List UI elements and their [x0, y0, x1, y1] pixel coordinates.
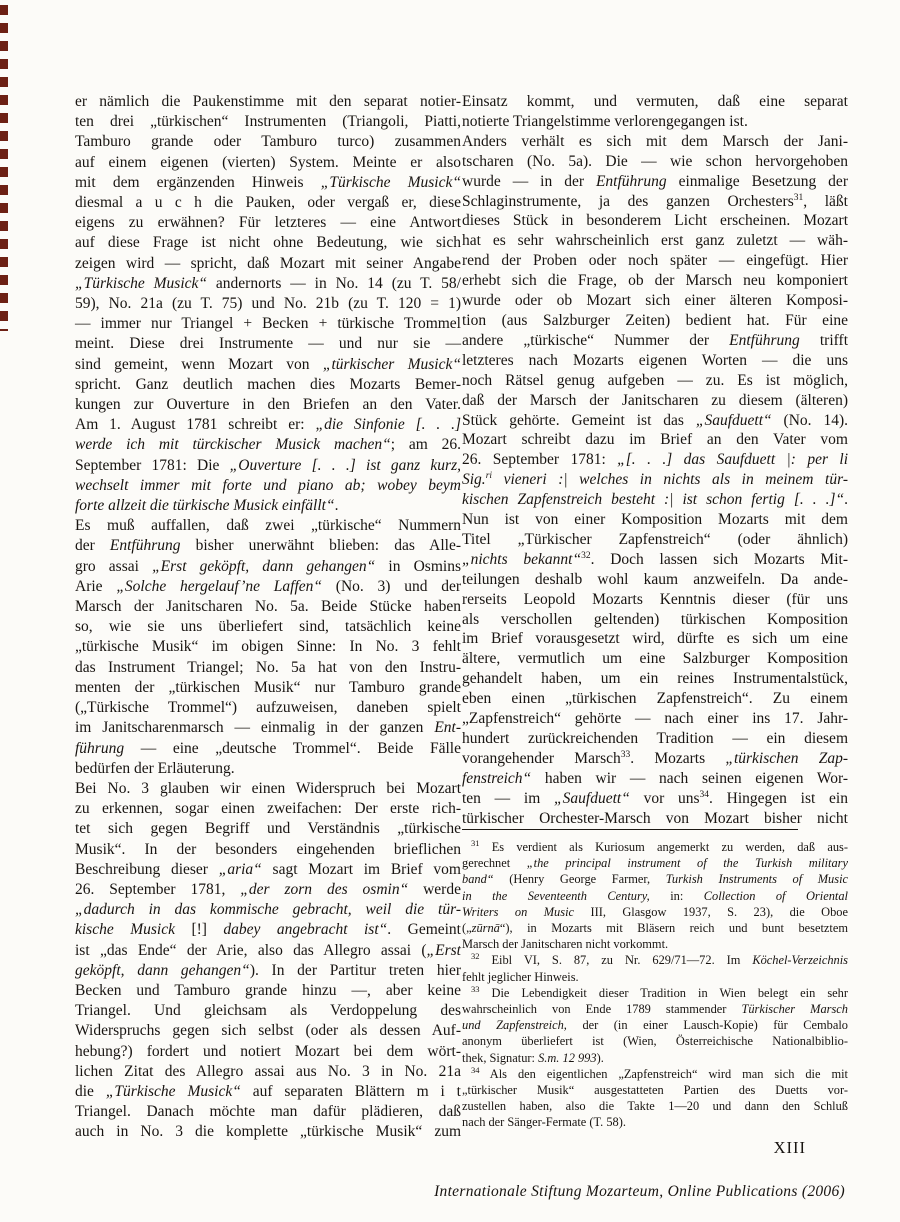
- scanned-document-page: er nämlich die Paukenstimme mit den sepa…: [0, 0, 900, 1222]
- text-line: nach der Sänger-Fermate (T. 58).: [462, 1114, 848, 1130]
- text-line: auch in No. 3 die komplette „türkische M…: [75, 1122, 461, 1142]
- text-line: in the Seventeenth Century, in: Collecti…: [462, 888, 848, 904]
- left-text-column: er nämlich die Paukenstimme mit den sepa…: [75, 92, 461, 1143]
- text-line: zeigen wird — spricht, daß Mozart mit se…: [75, 254, 461, 274]
- text-line: ist „das Ende“ der Arie, also das Allegr…: [75, 941, 461, 961]
- text-line: ten drei „türkischen“ Instrumenten (Tria…: [75, 112, 461, 132]
- text-line: eigens zu erwähnen? Für letzteres — eine…: [75, 213, 461, 233]
- text-line: thek, Signatur: S.m. 12 993).: [462, 1050, 848, 1066]
- text-line: 32 Eibl VI, S. 87, zu Nr. 629/71—72. Im …: [462, 952, 848, 968]
- text-line: Nun ist von einer Komposition Mozarts mi…: [462, 510, 848, 530]
- text-line: meint. Diese drei Instrumente — und nur …: [75, 334, 461, 354]
- text-line: anonym überliefert ist (Wien, Österreich…: [462, 1033, 848, 1049]
- text-line: wurde — in der Entführung einmalige Bese…: [462, 172, 848, 192]
- text-line: gerechnet „the principal instrument of t…: [462, 855, 848, 871]
- text-line: band“ (Henry George Farmer, Turkish Inst…: [462, 871, 848, 887]
- text-line: kische Musick [!] dabey angebracht ist“.…: [75, 920, 461, 940]
- text-line: fenstreich“ haben wir — nach seinen eige…: [462, 769, 848, 789]
- footer-credit: Internationale Stiftung Mozarteum, Onlin…: [0, 1183, 845, 1201]
- text-line: lichen Zitat des Allegro assai aus No. 3…: [75, 1062, 461, 1082]
- text-line: Marsch der Janitscharen nicht vorkommt.: [462, 936, 848, 952]
- text-line: hebung?) fordert und notiert Mozart bei …: [75, 1042, 461, 1062]
- text-line: Widerspruchs gegen sich selbst (oder als…: [75, 1021, 461, 1041]
- text-line: rend der Proben oder noch später — einge…: [462, 251, 848, 271]
- text-line: erhebt sich die Frage, ob der Marsch neu…: [462, 271, 848, 291]
- text-line: 26. September 1781, „der zorn des osmin“…: [75, 880, 461, 900]
- text-line: und Zapfenstreich, der (in einer Lausch-…: [462, 1017, 848, 1033]
- text-line: 59), No. 21a (zu T. 75) und No. 21b (zu …: [75, 294, 461, 314]
- text-line: — immer nur Triangel + Becken + türkisch…: [75, 314, 461, 334]
- text-line: ältere, vermutlich um eine Salzburger Ko…: [462, 649, 848, 669]
- text-line: 31 Es verdient als Kuriosum angemerkt zu…: [462, 839, 848, 855]
- text-line: Es muß auffallen, daß zwei „türkische“ N…: [75, 516, 461, 536]
- footnotes-block: 31 Es verdient als Kuriosum angemerkt zu…: [462, 839, 848, 1131]
- text-line: notierte Triangelstimme verlorengegangen…: [462, 112, 848, 132]
- text-line: letzteres nach Mozarts eigenen Worten — …: [462, 351, 848, 371]
- text-line: geköpft, dann gehangen“). In der Partitu…: [75, 961, 461, 981]
- text-line: Titel „Türkischer Zapfenstreich“ (oder ä…: [462, 530, 848, 550]
- text-line: „dadurch in das kommische gebracht, weil…: [75, 900, 461, 920]
- text-line: „türkischer Musik“ ausgestatteten Partie…: [462, 1082, 848, 1098]
- footnote-separator-rule: [462, 829, 798, 830]
- text-line: zu erkennen, sogar einen zweifachen: Der…: [75, 799, 461, 819]
- text-line: er nämlich die Paukenstimme mit den sepa…: [75, 92, 461, 112]
- text-line: gehandelt haben, um ein reines Instrumen…: [462, 669, 848, 689]
- text-line: auf diese Frage ist nicht ohne Bedeutung…: [75, 233, 461, 253]
- text-line: als verschollen geltenden) türkischen Ko…: [462, 610, 848, 630]
- text-line: Beschreibung dieser „aria“ sagt Mozart i…: [75, 860, 461, 880]
- text-line: führung — eine „deutsche Trommel“. Beide…: [75, 739, 461, 759]
- text-line: im Janitscharenmarsch — einmalig in der …: [75, 718, 461, 738]
- text-line: auf einem eigenen (vierten) System. Mein…: [75, 153, 461, 173]
- text-line: der Entführung bisher unerwähnt blieben:…: [75, 536, 461, 556]
- text-line: wechselt immer mit forte und piano ab; w…: [75, 476, 461, 496]
- text-line: das Instrument Triangel; No. 5a hat von …: [75, 658, 461, 678]
- text-line: wahrscheinlich von Ende 1789 stammender …: [462, 1001, 848, 1017]
- text-line: spricht. Ganz deutlich machen dies Mozar…: [75, 375, 461, 395]
- text-line: („zūrnā“), in Mozarts mit Bläsern reich …: [462, 920, 848, 936]
- text-line: bedürfen der Erläuterung.: [75, 759, 461, 779]
- text-line: „Türkische Musick“ andernorts — in No. 1…: [75, 274, 461, 294]
- text-line: noch Rätsel genug aufgeben — zu. Es ist …: [462, 371, 848, 391]
- text-line: Triangel. Danach möchte man dafür plädie…: [75, 1102, 461, 1122]
- text-line: hat es sehr wahrscheinlich erst ganz zul…: [462, 231, 848, 251]
- text-line: menten der „türkischen Musik“ nur Tambur…: [75, 678, 461, 698]
- text-line: Bei No. 3 glauben wir einen Widerspruch …: [75, 779, 461, 799]
- text-line: „nichts bekannt“32. Doch lassen sich Moz…: [462, 550, 848, 570]
- text-line: fehlt jeglicher Hinweis.: [462, 969, 848, 985]
- text-line: („Türkische Trommel“) aufzuweisen, daneb…: [75, 698, 461, 718]
- text-line: forte allzeit die türkische Musick einfä…: [75, 496, 461, 516]
- text-line: werde ich mit türckischer Musick machen“…: [75, 435, 461, 455]
- text-line: „türkische Musik“ im obigen Sinne: In No…: [75, 637, 461, 657]
- page-number: XIII: [462, 1138, 806, 1158]
- text-line: tet sich gegen Begriff und Verständnis „…: [75, 819, 461, 839]
- right-text-column: Einsatz kommt, und vermuten, daß eine se…: [462, 92, 848, 829]
- text-line: wurde oder ob Mozart sich einer älteren …: [462, 291, 848, 311]
- text-line: September 1781: Die „Ouverture [. . .] i…: [75, 456, 461, 476]
- text-line: Schlaginstrumente, ja des ganzen Orchest…: [462, 192, 848, 212]
- scan-edge-artifact-marks: [0, 5, 8, 331]
- text-line: türkischer Orchester-Marsch von Mozart b…: [462, 809, 848, 829]
- text-line: Musik“. In der besonders eingehenden bri…: [75, 840, 461, 860]
- text-line: zustellen haben, also die Takte 1—20 und…: [462, 1098, 848, 1114]
- text-line: Tamburo grande oder Tamburo turco) zusam…: [75, 132, 461, 152]
- text-line: hundert zurückreichenden Tradition — ein…: [462, 729, 848, 749]
- text-line: 33 Die Lebendigkeit dieser Tradition in …: [462, 985, 848, 1001]
- text-line: gro assai „Erst geköpft, dann gehangen“ …: [75, 557, 461, 577]
- text-line: Writers on Music III, Glasgow 1937, S. 2…: [462, 904, 848, 920]
- text-line: rerseits Leopold Mozarts Kenntnis dieser…: [462, 590, 848, 610]
- text-line: teilungen deshalb wohl kaum anzweifeln. …: [462, 570, 848, 590]
- text-line: Stück gehörte. Gemeint ist das „Saufduet…: [462, 411, 848, 431]
- text-line: eben einen „türkischen Zapfenstreich“. Z…: [462, 689, 848, 709]
- text-line: Mozart schreibt dazu im Brief an den Vat…: [462, 430, 848, 450]
- text-line: so, wie sie uns überliefert sind, tatsäc…: [75, 617, 461, 637]
- text-line: Triangel. Und gleichsam als Verdoppelung…: [75, 1001, 461, 1021]
- text-line: im Brief vorausgesetzt wird, dürfte es s…: [462, 629, 848, 649]
- text-line: Arie „Solche hergelauf’ne Laffen“ (No. 3…: [75, 577, 461, 597]
- text-line: Sig.ri vieneri :| welches in nichts als …: [462, 470, 848, 490]
- text-line: kungen zur Ouverture in den Briefen an d…: [75, 395, 461, 415]
- text-line: Einsatz kommt, und vermuten, daß eine se…: [462, 92, 848, 112]
- text-line: die „Türkische Musick“ auf separaten Blä…: [75, 1082, 461, 1102]
- text-line: Marsch der Janitscharen No. 5a. Beide St…: [75, 597, 461, 617]
- text-line: tscharen (No. 5a). Die — wie schon hervo…: [462, 152, 848, 172]
- text-line: mit dem ergänzenden Hinweis „Türkische M…: [75, 173, 461, 193]
- text-line: tion (aus Salzburger Zeiten) bedient hat…: [462, 311, 848, 331]
- text-line: dieses Stück in besonderem Licht erschei…: [462, 211, 848, 231]
- text-line: andere „türkische“ Nummer der Entführung…: [462, 331, 848, 351]
- text-line: ten — im „Saufduett“ vor uns34. Hingegen…: [462, 789, 848, 809]
- text-line: Am 1. August 1781 schreibt er: „die Sinf…: [75, 415, 461, 435]
- text-line: diesmal a u c h die Pauken, oder vergaß …: [75, 193, 461, 213]
- text-line: sind gemeint, wenn Mozart von „türkische…: [75, 355, 461, 375]
- text-line: „Zapfenstreich“ gehörte — nach einer ins…: [462, 709, 848, 729]
- text-line: kischen Zapfenstreich besteht :| ist sch…: [462, 490, 848, 510]
- text-line: daß der Marsch der Janitscharen zu diese…: [462, 391, 848, 411]
- text-line: 26. September 1781: „[. . .] das Saufdue…: [462, 450, 848, 470]
- text-line: 34 Als den eigentlichen „Zapfenstreich“ …: [462, 1066, 848, 1082]
- text-line: Anders verhält es sich mit dem Marsch de…: [462, 132, 848, 152]
- text-line: vorangehender Marsch33. Mozarts „türkisc…: [462, 749, 848, 769]
- text-line: Becken und Tamburo grande hinzu —, aber …: [75, 981, 461, 1001]
